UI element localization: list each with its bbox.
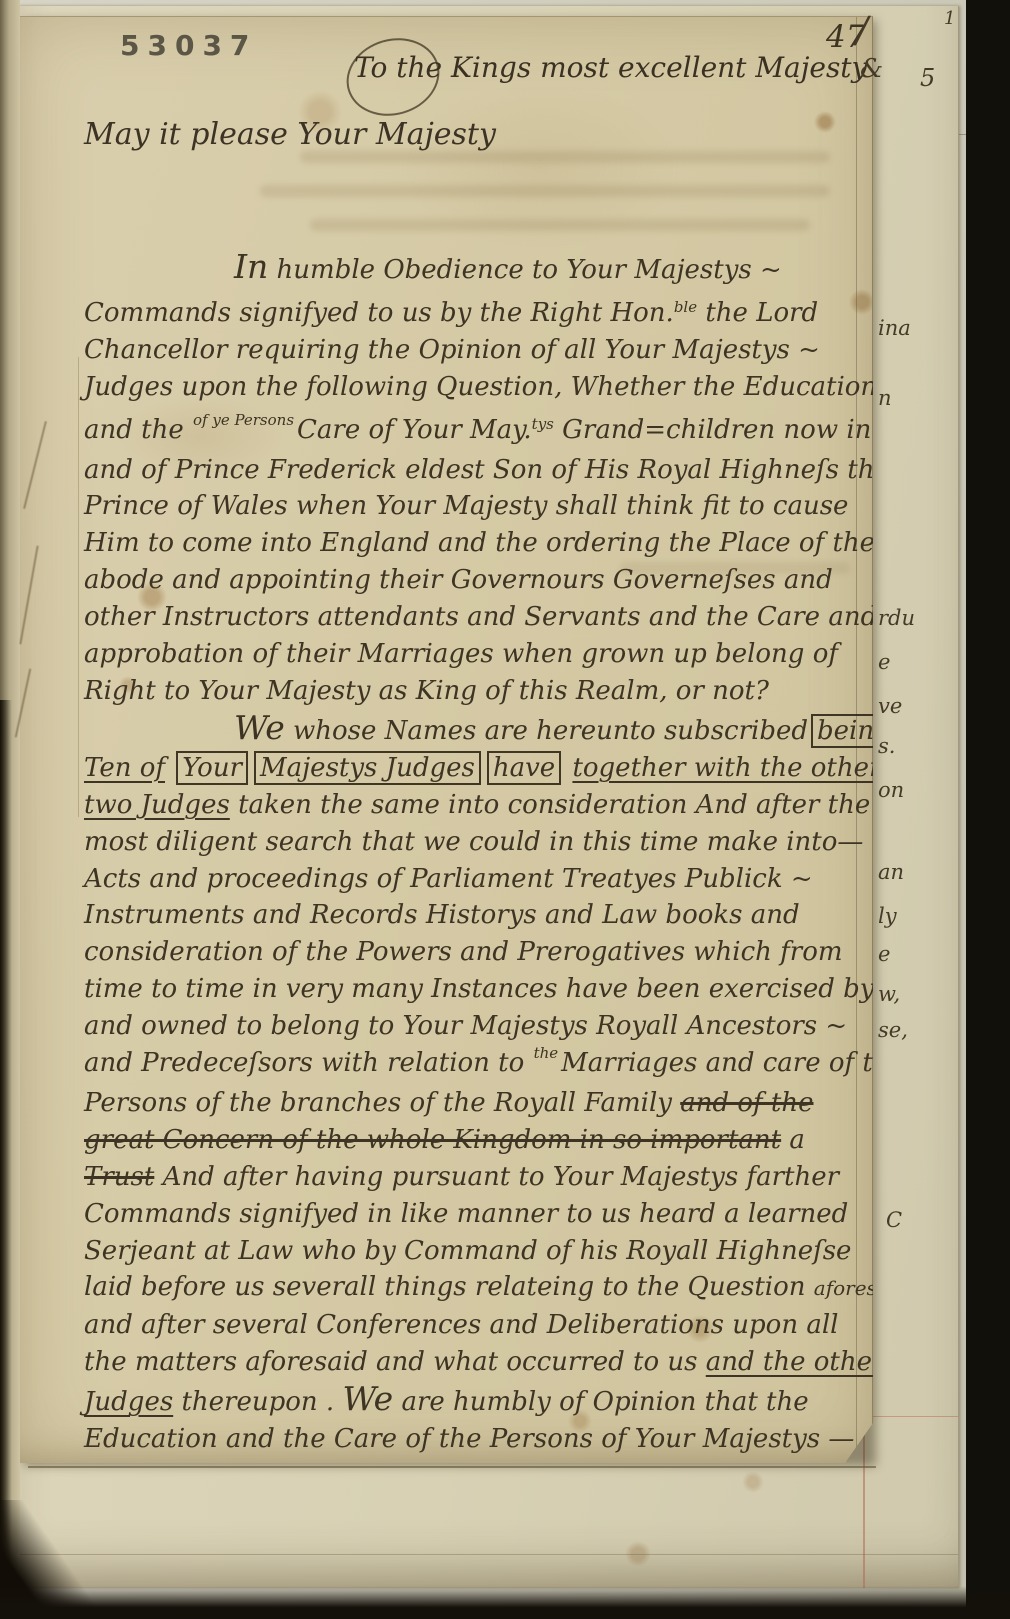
margin-text-fragment: ve [878, 694, 902, 718]
manuscript-line: Judges upon the following Question, Whet… [84, 369, 872, 406]
text-segment: and owned to belong to Your Majestys Roy… [84, 1011, 847, 1041]
show-through-mark [260, 185, 830, 197]
text-segment: and the other [706, 1347, 885, 1377]
manuscript-line: Right to Your Majesty as King of this Re… [84, 673, 872, 710]
text-segment: abode and appointing their Governours Go… [84, 565, 833, 595]
manuscript-line: and after several Conferences and Delibe… [84, 1307, 872, 1344]
archive-stamp: 53037 [120, 29, 257, 62]
sheet-fold-line [18, 1554, 958, 1555]
manuscript-line: Instruments and Records Historys and Law… [84, 897, 872, 934]
manuscript-body: In humble Obedience to Your Majestys ~Co… [84, 249, 872, 1458]
manuscript-line: Him to come into England and the orderin… [84, 525, 872, 562]
show-through-mark [300, 151, 830, 163]
text-segment: taken the same into consideration And af… [230, 790, 870, 820]
manuscript-line: Prince of Wales when Your Majesty shall … [84, 488, 872, 525]
manuscript-line: and of Prince Frederick eldest Son of Hi… [84, 452, 872, 489]
manuscript-line: Commands signifyed in like manner to us … [84, 1196, 872, 1233]
text-segment: Serjeant at Law who by Command of his Ro… [84, 1236, 851, 1266]
text-segment: time to time in very many Instances have… [84, 974, 874, 1004]
margin-text-fragment: ∕ [856, 10, 868, 51]
salutation: May it please Your Majesty [84, 117, 496, 152]
manuscript-line: Serjeant at Law who by Command of his Ro… [84, 1233, 872, 1270]
text-segment: We [234, 708, 285, 747]
text-segment: Judges upon the following Question, Whet… [84, 372, 877, 402]
text-segment: the matters aforesaid and what occurred … [84, 1347, 706, 1377]
text-segment: and after several Conferences and Delibe… [84, 1310, 838, 1340]
text-segment: Prince of Wales when Your Majesty shall … [84, 491, 848, 521]
manuscript-line: and owned to belong to Your Majestys Roy… [84, 1008, 872, 1045]
text-segment: Chancellor requiring the Opinion of all … [84, 335, 820, 365]
margin-text-fragment: & [860, 54, 883, 84]
margin-text-fragment: n [878, 386, 892, 410]
manuscript-line: abode and appointing their Governours Go… [84, 562, 872, 599]
text-segment: Acts and proceedings of Parliament Treat… [84, 864, 813, 894]
manuscript-sheet: 53037 To the Kings most excellent Majest… [20, 16, 873, 1463]
manuscript-line: Ten of YourMajestys Judgeshave together … [84, 750, 872, 787]
text-segment: laid before us severall things relateing… [84, 1272, 814, 1302]
text-segment: Care of Your May. [297, 415, 532, 445]
text-segment: ble [674, 298, 697, 316]
manuscript-line: Chancellor requiring the Opinion of all … [84, 332, 872, 369]
margin-text-fragment: 1 [944, 8, 955, 29]
manuscript-line: Education and the Care of the Persons of… [84, 1421, 872, 1458]
manuscript-line: In humble Obedience to Your Majestys ~ [234, 249, 872, 289]
text-segment: Commands signifyed in like manner to us … [84, 1199, 848, 1229]
margin-text-fragment: s. [878, 734, 895, 758]
manuscript-line: Persons of the branches of the Royall Fa… [84, 1085, 872, 1122]
text-segment: and of the [680, 1088, 813, 1118]
margin-text-fragment: C [886, 1208, 902, 1232]
margin-text-fragment: 5 [920, 64, 935, 92]
text-segment: Your [176, 751, 248, 785]
text-segment: together with the other ~ [572, 753, 911, 783]
margin-text-fragment: e [878, 650, 890, 674]
binding-shadow [0, 1586, 1010, 1619]
text-segment: Education and the Care of the Persons of… [84, 1424, 854, 1454]
manuscript-line: laid before us severall things relateing… [84, 1269, 872, 1307]
document-heading: To the Kings most excellent Majesty [354, 51, 867, 84]
text-segment: great Concern of the whole Kingdom in so… [84, 1125, 781, 1155]
manuscript-line: consideration of the Powers and Prerogat… [84, 934, 872, 971]
text-segment: Ten of [84, 753, 165, 783]
text-segment: are humbly of Opinion that the [393, 1387, 808, 1417]
text-segment: thereupon . [173, 1387, 342, 1417]
text-segment: Majestys Judges [254, 751, 481, 785]
text-segment: In [234, 247, 268, 286]
text-segment: whose Names are hereunto subscribed [285, 716, 808, 746]
text-segment: Trust [84, 1162, 154, 1192]
text-segment: Instruments and Records Historys and Law… [84, 900, 800, 930]
text-segment: the [534, 1035, 559, 1072]
manuscript-line: great Concern of the whole Kingdom in so… [84, 1122, 872, 1159]
text-segment: humble Obedience to Your Majestys ~ [268, 255, 781, 285]
paper-crease [78, 357, 79, 817]
manuscript-line: Trust And after having pursuant to Your … [84, 1159, 872, 1196]
text-segment: consideration of the Powers and Prerogat… [84, 937, 843, 967]
manuscript-line: We whose Names are hereunto subscribedbe… [234, 710, 872, 750]
margin-text-fragment: e [878, 942, 890, 966]
text-segment: Judges [84, 1387, 173, 1417]
text-segment: and the [84, 415, 192, 445]
text-segment [165, 753, 173, 783]
manuscript-line: Judges thereupon . We are humbly of Opin… [84, 1381, 872, 1421]
text-segment: most diligent search that we could in th… [84, 827, 863, 857]
manuscript-line: the matters aforesaid and what occurred … [84, 1344, 872, 1381]
binding-shadow [0, 700, 12, 1619]
manuscript-line: time to time in very many Instances have… [84, 971, 872, 1008]
text-segment: a [781, 1125, 805, 1155]
text-segment: have [487, 751, 561, 785]
text-segment: Persons of the branches of the Royall Fa… [84, 1088, 680, 1118]
margin-text-fragment: w, [878, 982, 900, 1006]
manuscript-line: Acts and proceedings of Parliament Treat… [84, 861, 872, 898]
text-segment: tys [532, 415, 554, 433]
manuscript-line: approbation of their Marriages when grow… [84, 636, 872, 673]
text-segment: the Lord [697, 298, 818, 328]
manuscript-line: most diligent search that we could in th… [84, 824, 872, 861]
margin-text-fragment: on [878, 778, 904, 802]
text-segment: of ye Persons [193, 402, 294, 439]
margin-text-fragment: se, [878, 1018, 908, 1042]
text-segment: Commands signifyed to us by the Right Ho… [84, 298, 674, 328]
text-segment: And after having pursuant to Your Majest… [154, 1162, 839, 1192]
text-segment: and of Prince Frederick eldest Son of Hi… [84, 455, 890, 485]
manuscript-photo: 53037 To the Kings most excellent Majest… [0, 0, 1010, 1619]
sheet-fold-line [28, 1466, 876, 1468]
text-segment: two Judges [84, 790, 230, 820]
manuscript-line: and Predeceſsors with relation to theMar… [84, 1045, 872, 1085]
text-segment: and Predeceſsors with relation to [84, 1048, 533, 1078]
margin-text-fragment: ina [878, 316, 911, 340]
manuscript-line: two Judges taken the same into considera… [84, 787, 872, 824]
manuscript-line: other Instructors attendants and Servant… [84, 599, 872, 636]
manuscript-line: Commands signifyed to us by the Right Ho… [84, 289, 872, 332]
text-segment: Him to come into England and the orderin… [84, 528, 896, 558]
margin-text-fragment: rdu [878, 606, 915, 630]
show-through-mark [310, 219, 810, 231]
margin-text-fragment: ly [878, 904, 897, 928]
text-segment: Marriages and care of the [561, 1048, 905, 1078]
text-segment: approbation of their Marriages when grow… [84, 639, 838, 669]
text-segment: We [342, 1379, 393, 1418]
text-segment: Right to Your Majesty as King of this Re… [84, 676, 769, 706]
text-segment: other Instructors attendants and Servant… [84, 602, 877, 632]
margin-text-fragment: an [878, 860, 904, 884]
manuscript-line: and the of ye PersonsCare of Your May.ty… [84, 406, 872, 452]
